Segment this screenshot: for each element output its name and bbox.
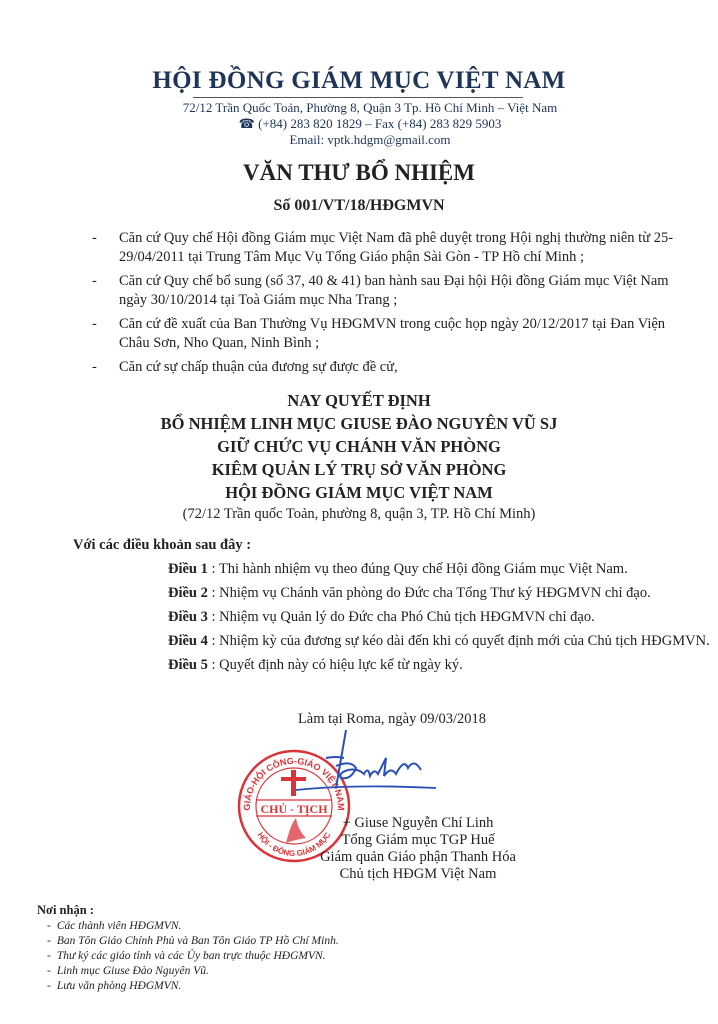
header-phone: ☎ (+84) 283 820 1829 – Fax (+84) 283 829… [155,116,585,132]
recipient-item: -Linh mục Giuse Đào Nguyên Vũ. [47,964,209,979]
clause-item: Điều 4 : Nhiệm kỳ của đương sự kéo dài đ… [168,633,710,650]
signer-title: Giám quản Giáo phận Thanh Hóa [288,849,548,866]
signer-title: Chủ tịch HĐGM Việt Nam [288,866,548,883]
document-title: VĂN THƯ BỔ NHIỆM [0,160,718,186]
clause-item: Điều 1 : Thi hành nhiệm vụ theo đúng Quy… [168,561,628,578]
decision-line: GIỮ CHỨC VỤ CHÁNH VĂN PHÒNG [0,435,718,458]
header-email: Email: vptk.hdgm@gmail.com [155,132,585,148]
recipient-item: -Các thành viên HĐGMVN. [47,919,181,934]
recipient-item: -Lưu văn phòng HĐGMVN. [47,979,181,994]
header-address: 72/12 Trần Quốc Toản, Phường 8, Quận 3 T… [155,100,585,116]
header-divider [193,97,523,98]
clause-item: Điều 5 : Quyết định này có hiệu lực kể t… [168,657,463,674]
basis-item: - Căn cứ Quy chế Hội đồng Giám mục Việt … [92,229,692,267]
basis-item: - Căn cứ đề xuất của Ban Thường Vụ HĐGMV… [92,315,692,353]
organization-title: HỘI ĐỒNG GIÁM MỤC VIỆT NAM [0,67,718,95]
signer-name: + Giuse Nguyễn Chí Linh [288,815,548,832]
clauses-intro: Với các điều khoản sau đây : [73,537,251,554]
decision-line: HỘI ĐỒNG GIÁM MỤC VIỆT NAM [0,481,718,504]
basis-item: - Căn cứ sự chấp thuận của đương sự được… [92,358,692,377]
phone-fax-text: (+84) 283 820 1829 – Fax (+84) 283 829 5… [258,116,501,131]
telephone-icon: ☎ [239,116,255,131]
decision-address: (72/12 Trần quốc Toản, phường 8, quận 3,… [0,506,718,523]
recipient-item: -Thư ký các giáo tỉnh và các Ủy ban trực… [47,949,326,964]
place-date: Làm tại Roma, ngày 09/03/2018 [0,711,718,728]
signer-title: Tổng Giám mục TGP Huế [288,832,548,849]
decision-line: KIÊM QUẢN LÝ TRỤ SỞ VĂN PHÒNG [0,458,718,481]
decision-line: BỔ NHIỆM LINH MỤC GIUSE ĐÀO NGUYÊN VŨ SJ [0,412,718,435]
clause-item: Điều 3 : Nhiệm vụ Quản lý do Đức cha Phó… [168,609,595,626]
recipient-item: -Ban Tôn Giáo Chính Phủ và Ban Tôn Giáo … [47,934,339,949]
document-number: Số 001/VT/18/HĐGMVN [0,197,718,215]
recipients-title: Nơi nhận : [37,903,94,918]
clause-item: Điều 2 : Nhiệm vụ Chánh văn phòng do Đức… [168,585,651,602]
handwritten-signature [296,728,446,808]
basis-item: - Căn cứ Quy chế bổ sung (số 37, 40 & 41… [92,272,692,310]
decision-heading: NAY QUYẾT ĐỊNH [0,389,718,412]
